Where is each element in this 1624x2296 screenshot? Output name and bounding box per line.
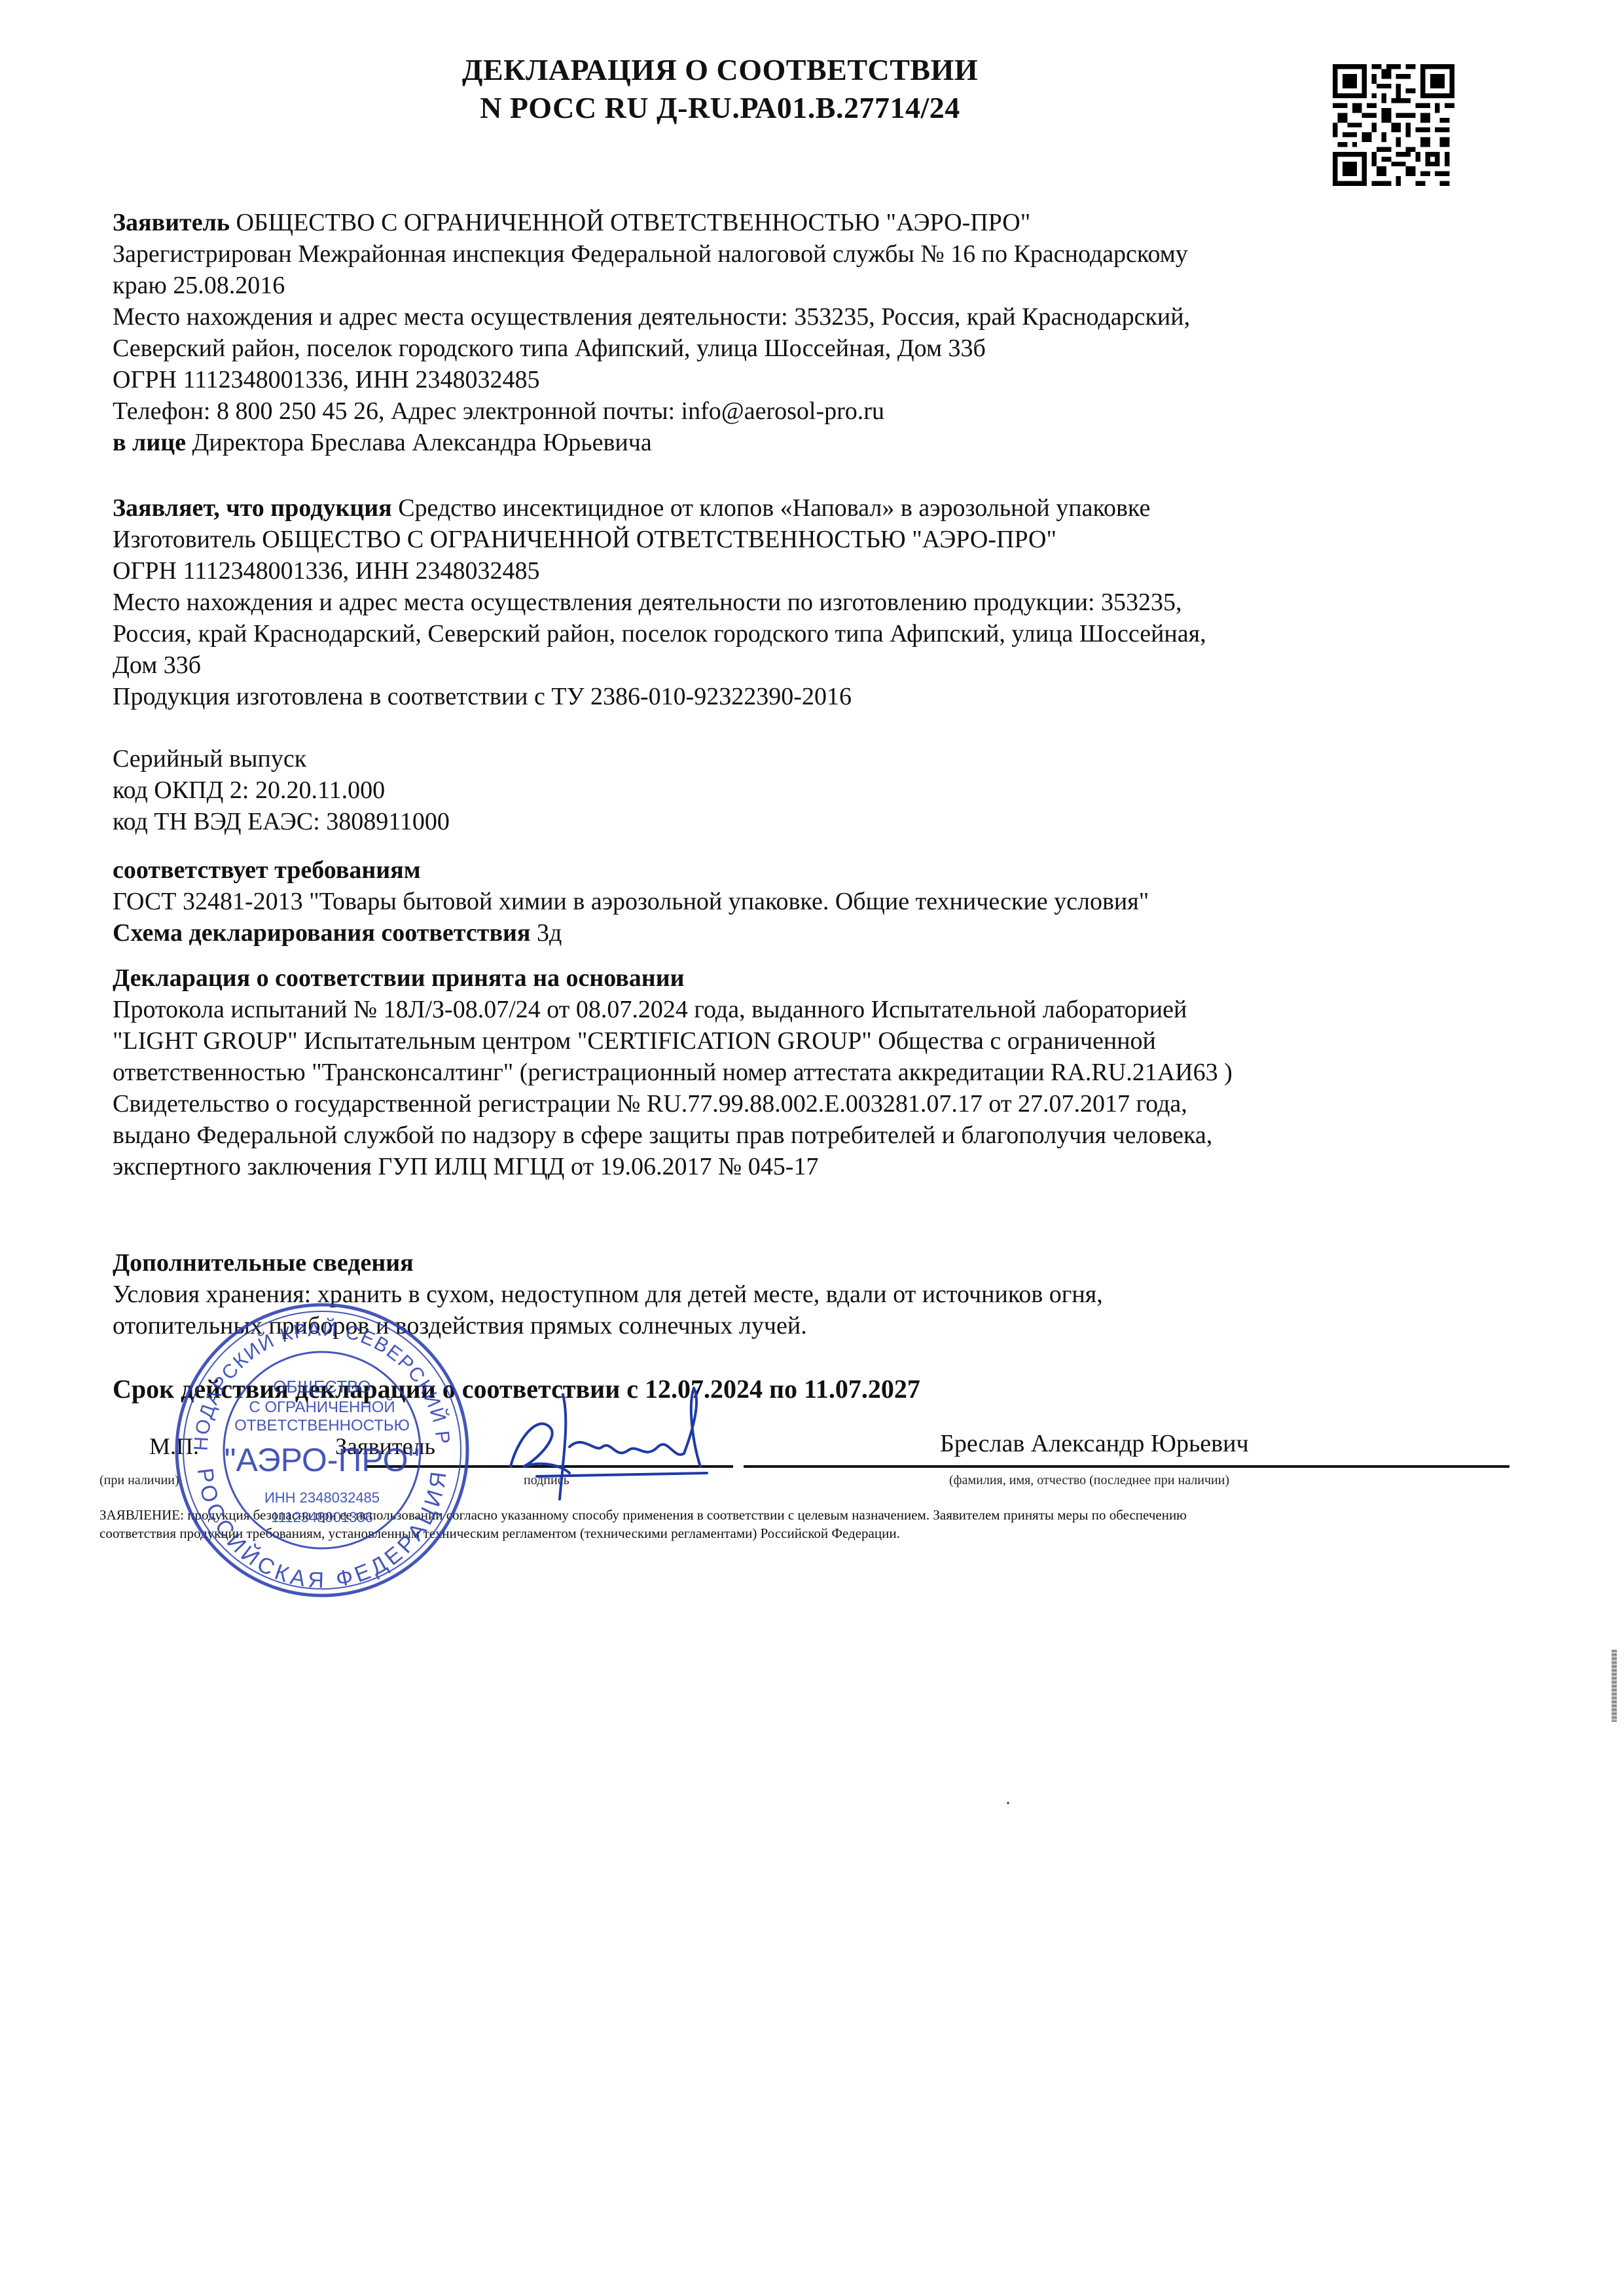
scheme-value: 3д — [530, 919, 562, 947]
basis-line: ответственностью "Трансконсалтинг" (реги… — [113, 1057, 1513, 1088]
registration-line-2: краю 25.08.2016 — [113, 270, 1513, 301]
caption-seal: (при наличии) — [99, 1473, 179, 1488]
basis-line: экспертного заключения ГУП ИЛЦ МГЦД от 1… — [113, 1151, 1513, 1182]
scheme-line: Схема декларирования соответствия 3д — [113, 917, 1513, 949]
conformity-standard: ГОСТ 32481-2013 "Товары бытовой химии в … — [113, 886, 1513, 917]
made-per-spec: Продукция изготовлена в соответствии с Т… — [113, 681, 1513, 712]
manufacturer-address-line-3: Дом 33б — [113, 649, 1513, 681]
name-line — [744, 1465, 1509, 1468]
scan-dot — [1007, 1802, 1009, 1804]
applicant-label: Заявитель — [113, 209, 230, 236]
manufacturer-address-line-2: Россия, край Краснодарский, Северский ра… — [113, 618, 1513, 649]
conformity-label: соответствует требованиям — [113, 854, 1513, 886]
svg-text:ОБЩЕСТВО: ОБЩЕСТВО — [273, 1377, 371, 1396]
represented-by: Директора Бреслава Александра Юрьевича — [186, 429, 652, 456]
basis-line: выдано Федеральной службой по надзору в … — [113, 1120, 1513, 1151]
registration-line-1: Зарегистрирован Межрайонная инспекция Фе… — [113, 238, 1513, 270]
signatory-full-name: Бреслав Александр Юрьевич — [940, 1429, 1249, 1458]
additional-info-label: Дополнительные сведения — [113, 1247, 1513, 1279]
applicant-contacts: Телефон: 8 800 250 45 26, Адрес электрон… — [113, 395, 1513, 427]
qr-code-icon — [1333, 64, 1454, 186]
codes-section: Серийный выпуск код ОКПД 2: 20.20.11.000… — [113, 743, 1513, 837]
product-label: Заявляет, что продукция — [113, 494, 392, 522]
applicant-ogrn-inn: ОГРН 1112348001336, ИНН 2348032485 — [113, 364, 1513, 395]
basis-line: Протокола испытаний № 18Л/З-08.07/24 от … — [113, 994, 1513, 1025]
basis-label: Декларация о соответствии принята на осн… — [113, 962, 1513, 994]
handwritten-signature-icon — [497, 1368, 720, 1512]
conformity-section: соответствует требованиям ГОСТ 32481-201… — [113, 854, 1513, 949]
basis-line: Свидетельство о государственной регистра… — [113, 1088, 1513, 1120]
svg-text:1112348001336: 1112348001336 — [271, 1509, 373, 1525]
manufacturer: Изготовитель ОБЩЕСТВО С ОГРАНИЧЕННОЙ ОТВ… — [113, 524, 1513, 555]
applicant-line: Заявитель ОБЩЕСТВО С ОГРАНИЧЕННОЙ ОТВЕТС… — [113, 207, 1513, 238]
title-line-1: ДЕКЛАРАЦИЯ О СООТВЕТСТВИИ — [393, 51, 1047, 89]
manufacturer-address-line-1: Место нахождения и адрес места осуществл… — [113, 587, 1513, 618]
company-stamp-icon: КРАСНОДАРСКИЙ КРАЙ СЕВЕРСКИЙ РАЙОН РОССИ… — [171, 1300, 473, 1601]
product-name: Средство инсектицидное от клопов «Напова… — [392, 494, 1151, 522]
svg-text:ОТВЕТСТВЕННОСТЬЮ: ОТВЕТСТВЕННОСТЬЮ — [234, 1417, 410, 1434]
applicant-address-line-2: Северский район, поселок городского типа… — [113, 333, 1513, 364]
basis-line: "LIGHT GROUP" Испытательным центром "CER… — [113, 1025, 1513, 1057]
scan-artifact — [1612, 1650, 1617, 1722]
applicant-section: Заявитель ОБЩЕСТВО С ОГРАНИЧЕННОЙ ОТВЕТС… — [113, 207, 1513, 458]
caption-full-name: (фамилия, имя, отчество (последнее при н… — [949, 1473, 1229, 1488]
product-line: Заявляет, что продукция Средство инсекти… — [113, 492, 1513, 524]
document-title: ДЕКЛАРАЦИЯ О СООТВЕТСТВИИ N РОСС RU Д-RU… — [393, 51, 1047, 127]
scheme-label: Схема декларирования соответствия — [113, 919, 530, 947]
represented-by-line: в лице Директора Бреслава Александра Юрь… — [113, 427, 1513, 458]
represented-label: в лице — [113, 429, 186, 456]
basis-section: Декларация о соответствии принята на осн… — [113, 962, 1513, 1182]
manufacturer-ogrn-inn: ОГРН 1112348001336, ИНН 2348032485 — [113, 555, 1513, 587]
svg-text:ИНН 2348032485: ИНН 2348032485 — [264, 1489, 380, 1506]
product-section: Заявляет, что продукция Средство инсекти… — [113, 492, 1513, 712]
svg-text:"АЭРО-ПРО": "АЭРО-ПРО" — [225, 1442, 420, 1478]
release-type: Серийный выпуск — [113, 743, 1513, 774]
declaration-number: N РОСС RU Д-RU.РА01.В.27714/24 — [393, 89, 1047, 127]
svg-text:С ОГРАНИЧЕННОЙ: С ОГРАНИЧЕННОЙ — [249, 1398, 395, 1416]
tn-ved-code: код ТН ВЭД ЕАЭС: 3808911000 — [113, 806, 1513, 837]
applicant-address-line-1: Место нахождения и адрес места осуществл… — [113, 301, 1513, 333]
applicant-name: ОБЩЕСТВО С ОГРАНИЧЕННОЙ ОТВЕТСТВЕННОСТЬЮ… — [230, 209, 1030, 236]
okpd2-code: код ОКПД 2: 20.20.11.000 — [113, 774, 1513, 806]
